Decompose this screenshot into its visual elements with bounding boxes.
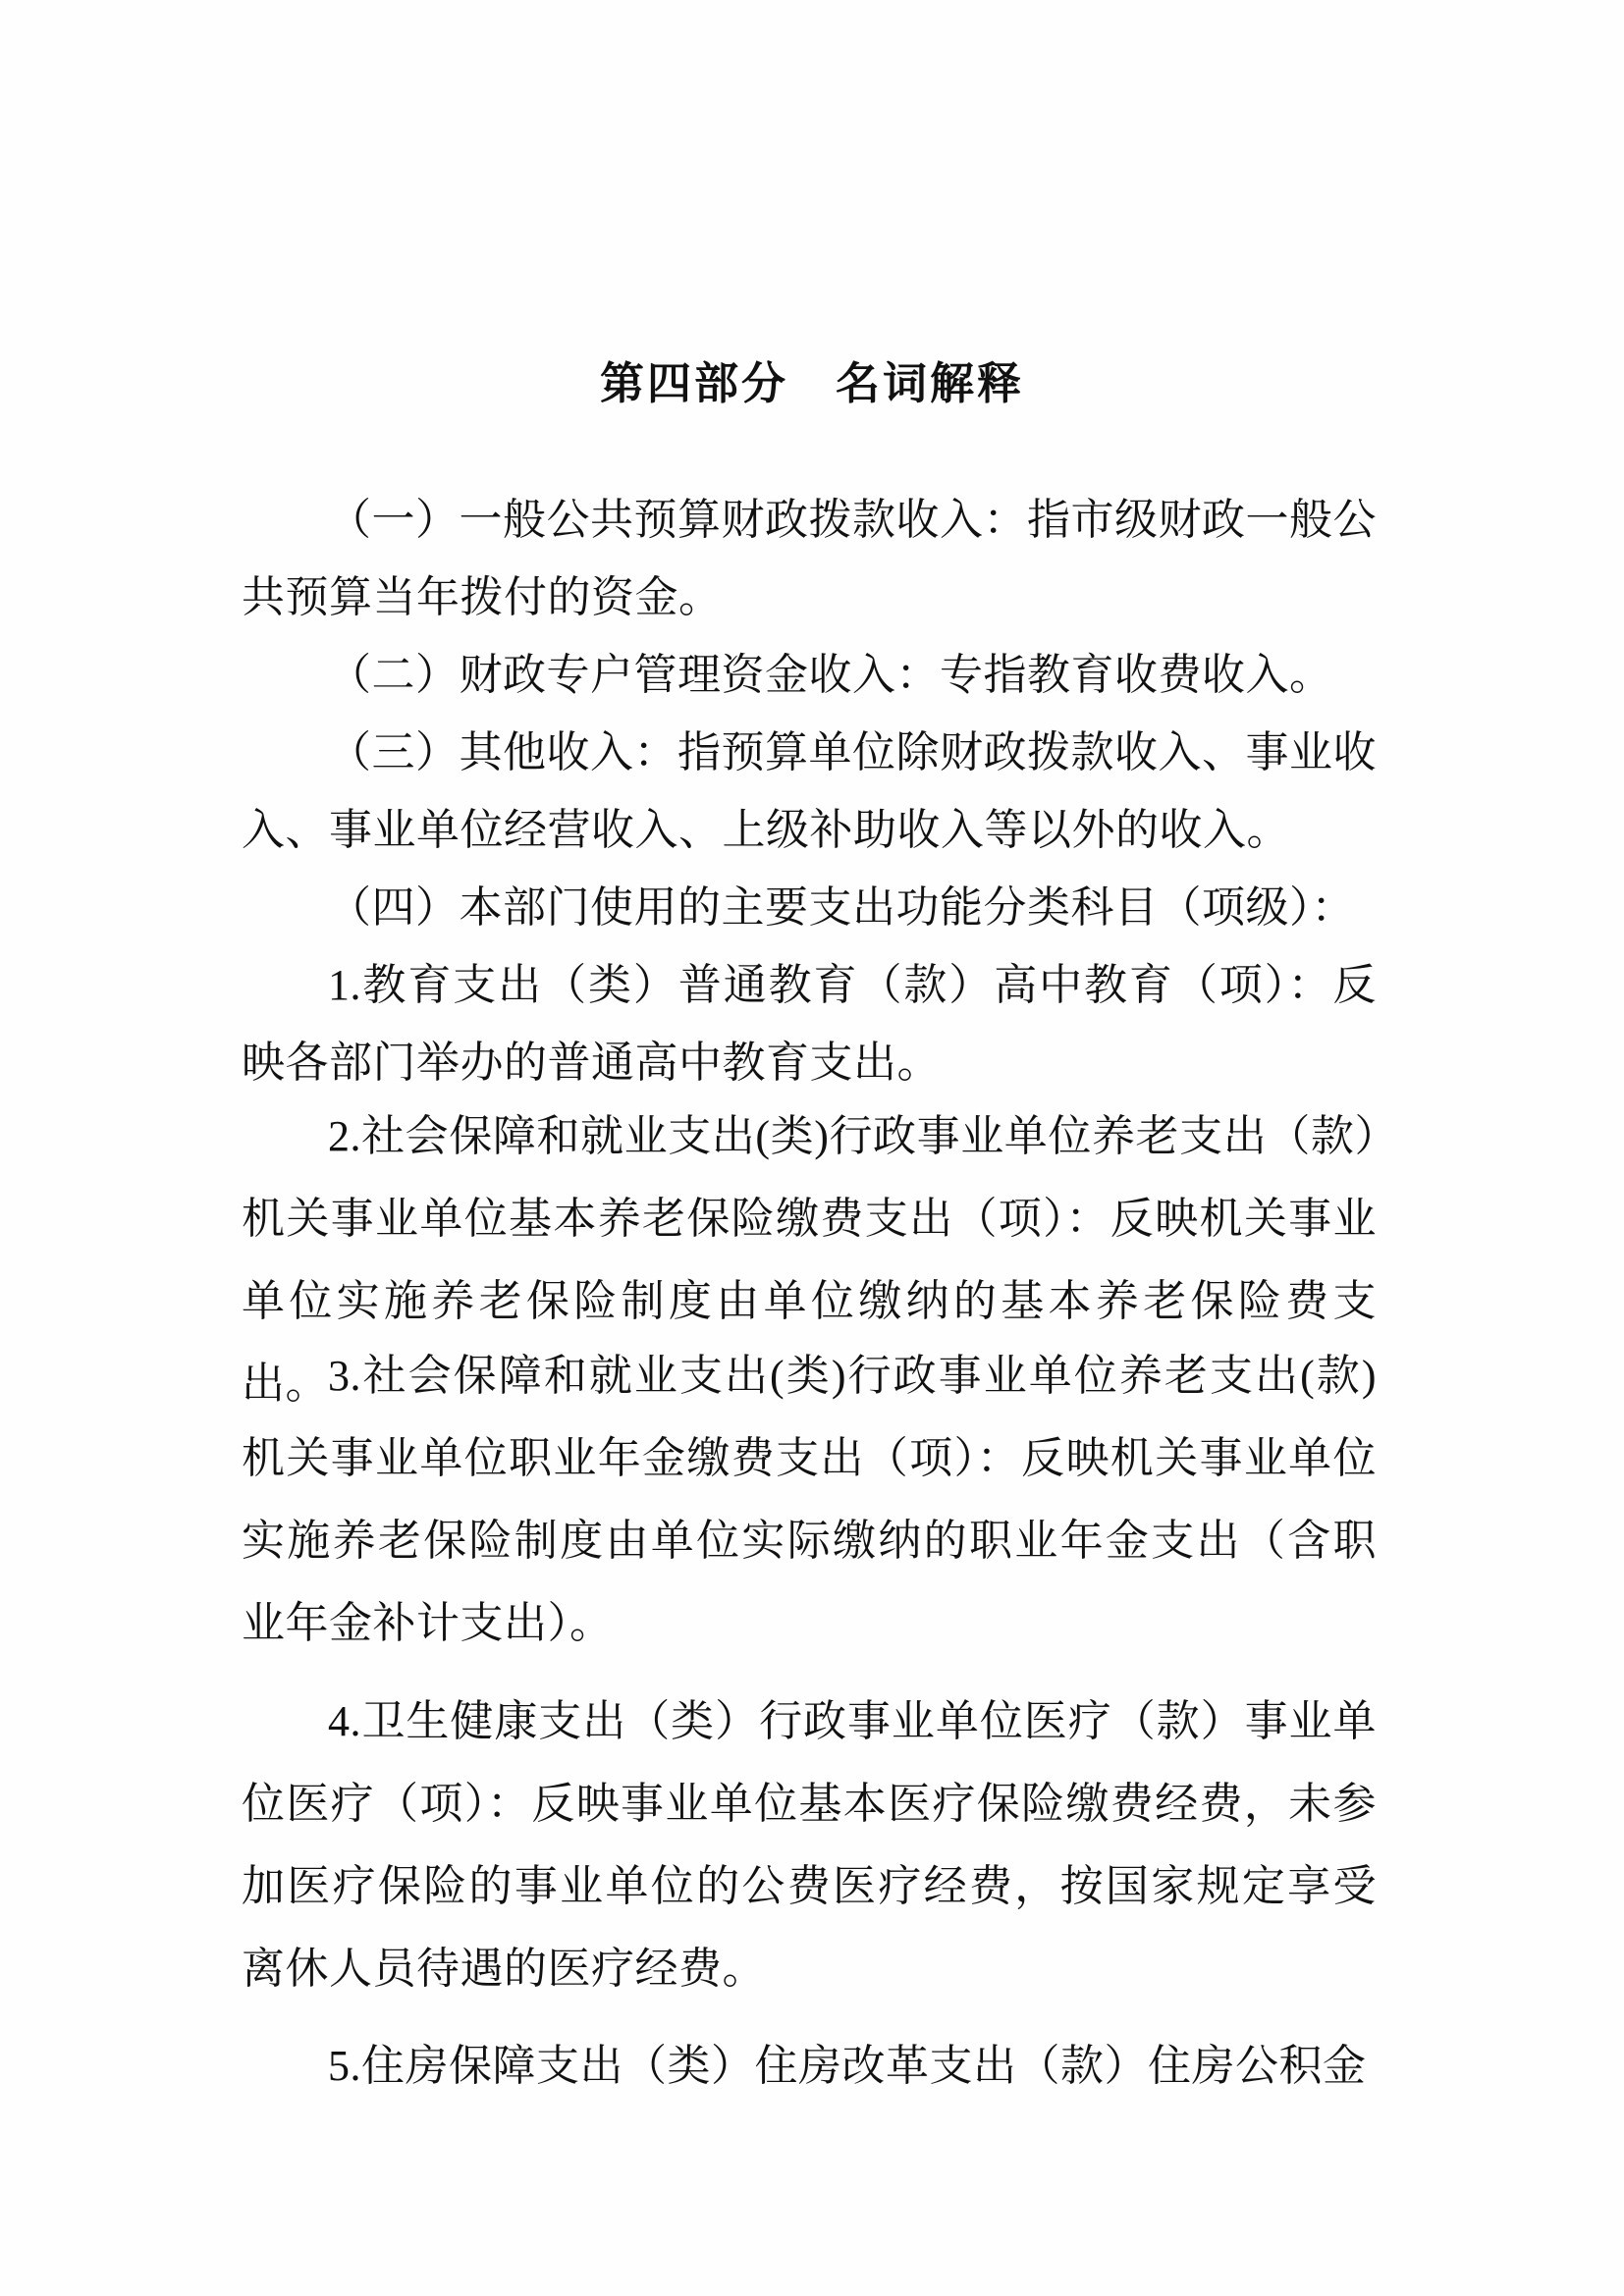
paragraph-item-7: 3.社会保障和就业支出(类)行政事业单位养老支出(款)机关事业单位职业年金缴费支… — [242, 1335, 1377, 1665]
paragraph-item-1: （一）一般公共预算财政拨款收入：指市级财政一般公共预算当年拨付的资金。 — [242, 481, 1377, 636]
paragraph-item-5: 1.教育支出（类）普通教育（款）高中教育（项）：反映各部门举办的普通高中教育支出… — [242, 946, 1377, 1101]
paragraph-item-8: 4.卫生健康支出（类）行政事业单位医疗（款）事业单位医疗（项）：反映事业单位基本… — [242, 1681, 1377, 2010]
paragraph-item-2: （二）财政专户管理资金收入：专指教育收费收入。 — [242, 636, 1377, 714]
page-title: 第四部分 名词解释 — [0, 351, 1624, 416]
document-page: 第四部分 名词解释 （一）一般公共预算财政拨款收入：指市级财政一般公共预算当年拨… — [0, 0, 1624, 2296]
paragraph-item-3: （三）其他收入：指预算单位除财政拨款收入、事业收入、事业单位经营收入、上级补助收… — [242, 714, 1377, 869]
paragraph-item-9: 5.住房保障支出（类）住房改革支出（款）住房公积金 — [242, 2025, 1377, 2108]
paragraph-item-4: （四）本部门使用的主要支出功能分类科目（项级）： — [242, 869, 1377, 946]
